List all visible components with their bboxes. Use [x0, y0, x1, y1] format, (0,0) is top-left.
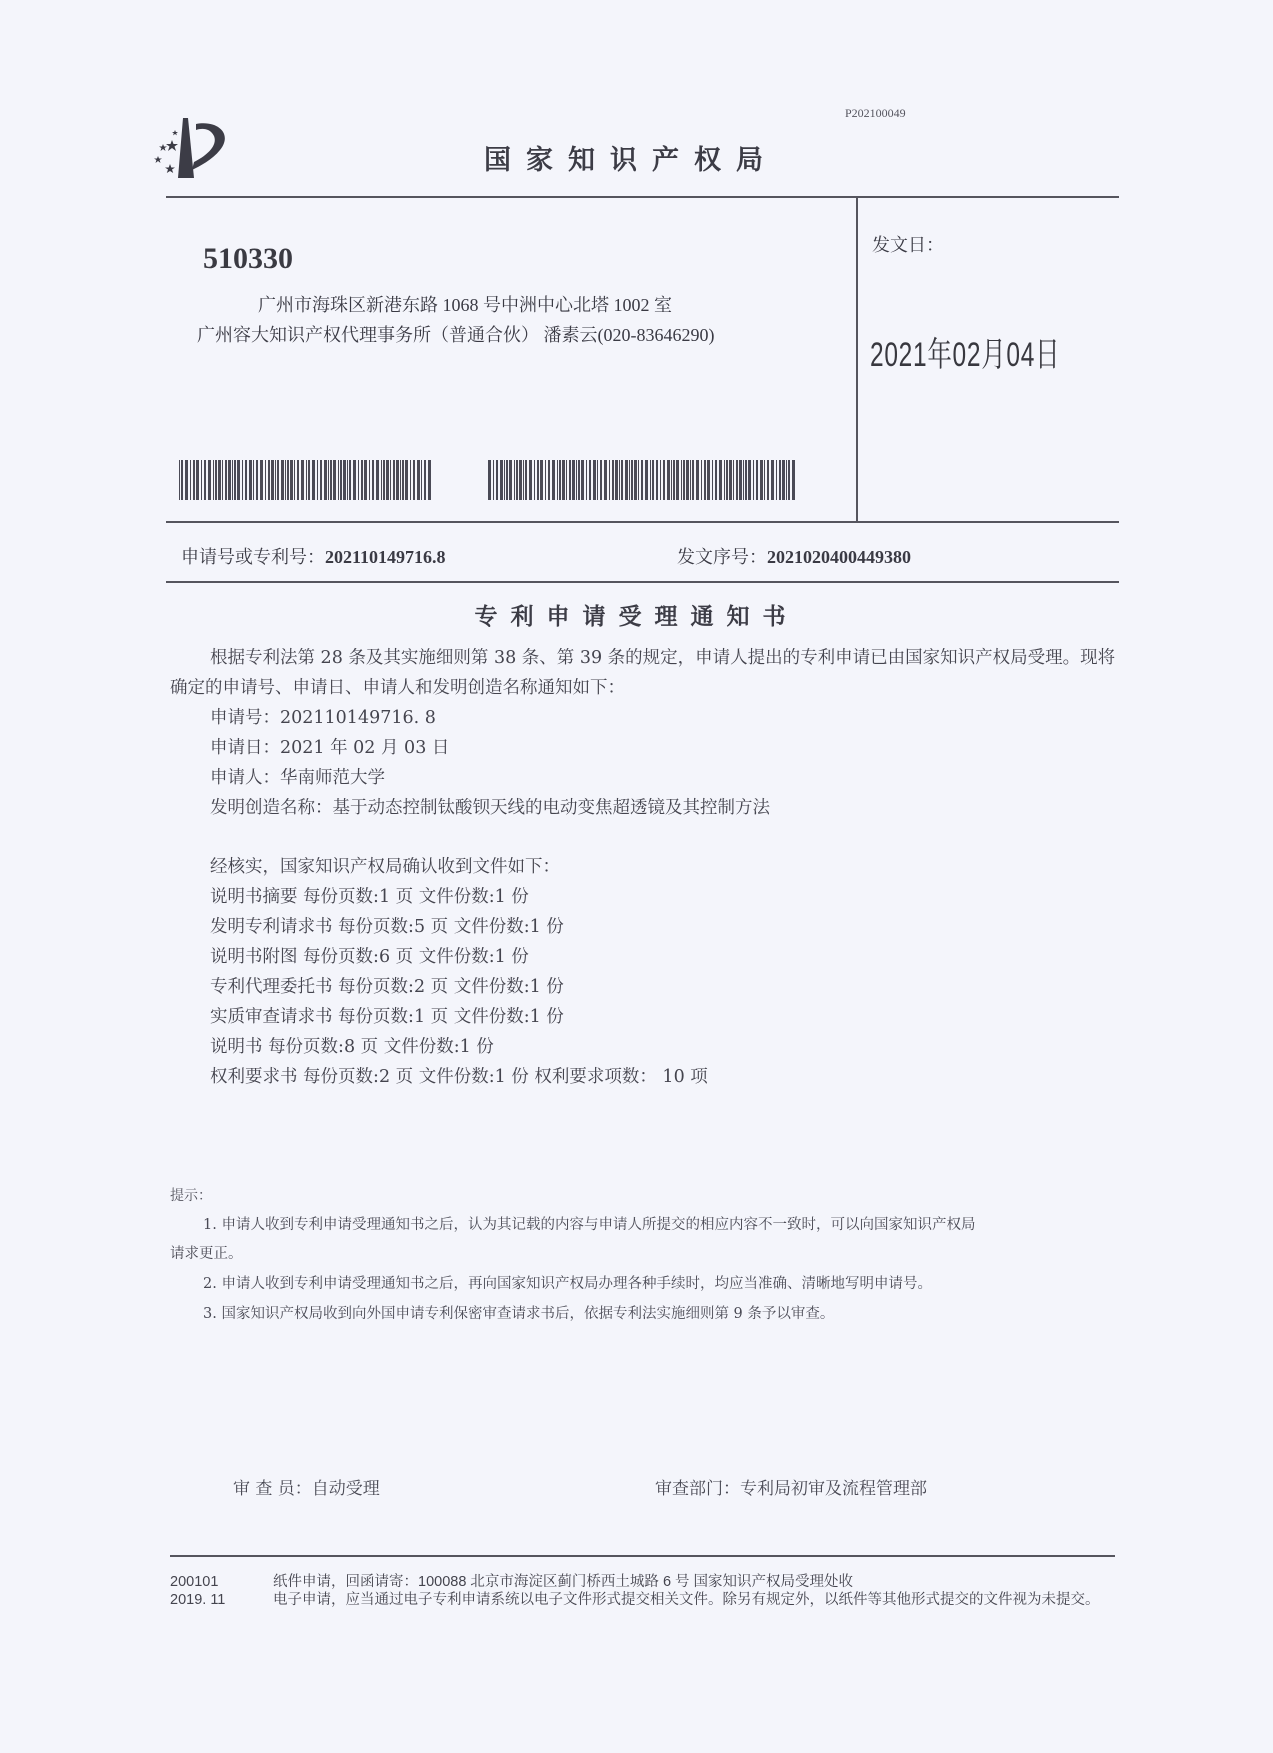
header-divider — [166, 196, 1119, 198]
field-application-number: 申请号：202110149716. 8 — [210, 703, 770, 733]
barcode-serial — [488, 460, 796, 500]
serial-number-row: 发文序号：2021020400449380 — [677, 543, 911, 569]
hint-item-2: 2. 申请人收到专利申请受理通知书之后，再向国家知识产权局办理各种手续时，均应当… — [203, 1270, 932, 1299]
notice-paragraph: 根据专利法第 28 条及其实施细则第 38 条、第 39 条的规定，申请人提出的… — [170, 643, 1120, 703]
application-fields: 申请号：202110149716. 8 申请日：2021 年 02 月 03 日… — [210, 703, 770, 823]
received-documents: 经核实，国家知识产权局确认收到文件如下： 说明书摘要 每份页数:1 页 文件份数… — [210, 852, 708, 1092]
reference-divider — [166, 581, 1119, 583]
cnipa-emblem-icon — [148, 116, 238, 182]
hint-item-1-continued: 请求更正。 — [170, 1240, 243, 1269]
notice-title: 专利申请受理通知书 — [0, 598, 1273, 631]
issue-date-label: 发文日： — [872, 231, 944, 257]
document-item: 实质审查请求书 每份页数:1 页 文件份数:1 份 — [210, 1002, 708, 1032]
address-divider — [166, 521, 1119, 523]
examination-department: 审查部门：专利局初审及流程管理部 — [655, 1474, 927, 1499]
footer-divider — [170, 1555, 1115, 1557]
document-item: 说明书摘要 每份页数:1 页 文件份数:1 份 — [210, 882, 708, 912]
document-item: 说明书 每份页数:8 页 文件份数:1 份 — [210, 1032, 708, 1062]
application-number-label: 申请号或专利号： — [181, 547, 325, 567]
office-title: 国家知识产权局 — [484, 138, 778, 177]
form-version: 2019. 11 — [170, 1592, 225, 1609]
document-item: 说明书附图 每份页数:6 页 文件份数:1 份 — [210, 942, 708, 972]
serial-number-value: 2021020400449380 — [767, 547, 911, 567]
document-item: 专利代理委托书 每份页数:2 页 文件份数:1 份 — [210, 972, 708, 1002]
field-filing-date: 申请日：2021 年 02 月 03 日 — [210, 733, 770, 763]
issue-date: 2021年02月04日 — [870, 327, 1060, 376]
hint-item-3: 3. 国家知识产权局收到向外国申请专利保密审查请求书后，依据专利法实施细则第 9… — [203, 1300, 834, 1329]
hints-title: 提示： — [170, 1185, 212, 1205]
postal-code: 510330 — [203, 242, 293, 276]
serial-number-label: 发文序号： — [677, 547, 767, 567]
received-intro: 经核实，国家知识产权局确认收到文件如下： — [210, 852, 708, 882]
form-code: 200101 — [170, 1574, 218, 1591]
barcode-application — [179, 460, 433, 500]
recipient-agency: 广州容大知识产权代理事务所（普通合伙） 潘素云(020-83646290) — [197, 321, 714, 347]
document-item: 权利要求书 每份页数:2 页 文件份数:1 份 权利要求项数： 10 项 — [210, 1062, 708, 1092]
application-number-row: 申请号或专利号：202110149716.8 — [181, 543, 446, 569]
document-item: 发明专利请求书 每份页数:5 页 文件份数:1 份 — [210, 912, 708, 942]
paper-submission-note: 纸件申请，回函请寄：100088 北京市海淀区蓟门桥西土城路 6 号 国家知识产… — [273, 1574, 1123, 1591]
electronic-submission-note: 电子申请，应当通过电子专利申请系统以电子文件形式提交相关文件。除另有规定外，以纸… — [273, 1592, 1123, 1609]
document-id: P202100049 — [845, 106, 906, 121]
field-invention-title: 发明创造名称：基于动态控制钛酸钡天线的电动变焦超透镜及其控制方法 — [210, 793, 770, 823]
field-applicant: 申请人：华南师范大学 — [210, 763, 770, 793]
date-column-divider — [856, 197, 858, 522]
examiner: 审 查 员：自动受理 — [233, 1474, 380, 1499]
recipient-address: 广州市海珠区新港东路 1068 号中洲中心北塔 1002 室 — [258, 291, 672, 317]
hint-item-1: 1. 申请人收到专利申请受理通知书之后，认为其记载的内容与申请人所提交的相应内容… — [203, 1211, 975, 1240]
application-number-value: 202110149716.8 — [325, 547, 446, 567]
